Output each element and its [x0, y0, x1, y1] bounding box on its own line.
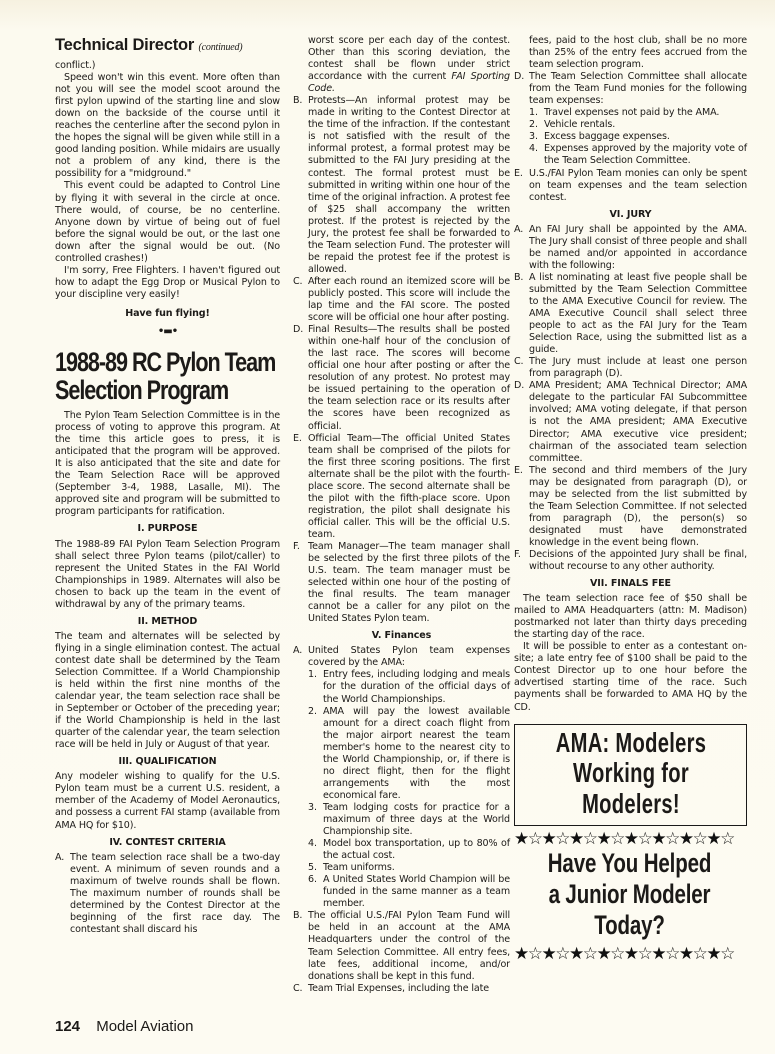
sub-list-item: 6.A United States World Champion will be…	[293, 874, 510, 910]
section-heading-fee: VII. FINALS FEE	[514, 578, 747, 590]
star-border-icon: ★☆★☆★☆★☆★☆★☆★☆★☆	[514, 945, 747, 963]
body-paragraph: The team selection race fee of $50 shall…	[514, 593, 747, 641]
list-item: A.United States Pylon team expenses cove…	[293, 645, 510, 669]
slogan-line: Modelers!	[516, 789, 746, 820]
right-column: fees, paid to the host club, shall be no…	[514, 35, 747, 963]
section-heading-finances: V. Finances	[293, 630, 510, 642]
body-paragraph: conflict.)	[55, 60, 280, 72]
list-item: C.Team Trial Expenses, including the lat…	[293, 983, 510, 995]
body-paragraph: It will be possible to enter as a contes…	[514, 641, 747, 713]
list-item: F.Team Manager—The team manager shall be…	[293, 541, 510, 625]
ama-slogan-box: AMA: Modelers Working for Modelers!	[514, 724, 747, 827]
publication-name: Model Aviation	[96, 1018, 193, 1035]
ad-line: Today?	[514, 910, 746, 941]
page-footer: 124 Model Aviation	[55, 1018, 194, 1035]
divider-ornament-icon: •▬•	[55, 326, 280, 338]
running-head-suffix: (continued)	[199, 42, 243, 53]
list-item: C.The Jury must include at least one per…	[514, 356, 747, 380]
page-number: 124	[55, 1018, 80, 1035]
sub-list-item: 3.Team lodging costs for practice for a …	[293, 802, 510, 838]
list-item: A. The team selection race shall be a tw…	[55, 852, 280, 936]
list-text: The team selection race shall be a two-d…	[70, 852, 280, 936]
list-item: E.Official Team—The official United Stat…	[293, 433, 510, 541]
ad-line: Have You Helped	[514, 848, 746, 879]
sub-list-item: 3.Excess baggage expenses.	[514, 131, 747, 143]
section-heading-purpose: I. PURPOSE	[55, 523, 280, 535]
list-item: B.Protests—An informal protest may be ma…	[293, 95, 510, 276]
body-paragraph: This event could be adapted to Control L…	[55, 180, 280, 264]
section-text-qualification: Any modeler wishing to qualify for the U…	[55, 771, 280, 831]
slogan-line: AMA: Modelers	[516, 728, 746, 759]
list-item: D.Final Results—The results shall be pos…	[293, 324, 510, 432]
list-item: C.After each round an itemized score wil…	[293, 276, 510, 324]
section-heading-jury: VI. JURY	[514, 209, 747, 221]
section-heading-qualification: III. QUALIFICATION	[55, 756, 280, 768]
list-item: B.A list nominating at least five people…	[514, 272, 747, 356]
list-item: D.The Team Selection Committee shall all…	[514, 71, 747, 107]
sub-list-item: 1.Travel expenses not paid by the AMA.	[514, 107, 747, 119]
section-heading-method: II. METHOD	[55, 616, 280, 628]
sub-list-item: 5.Team uniforms.	[293, 862, 510, 874]
section-text-purpose: The 1988-89 FAI Pylon Team Selection Pro…	[55, 539, 280, 611]
list-label: A.	[55, 852, 70, 936]
slogan-line: Working for	[516, 758, 746, 789]
middle-column: worst score per each day of the contest.…	[293, 35, 510, 995]
left-column: Technical Director (continued) conflict.…	[55, 31, 280, 936]
sub-list-item: 4.Model box transportation, up to 80% of…	[293, 838, 510, 862]
list-item: E.U.S./FAI Pylon Team monies can only be…	[514, 168, 747, 204]
list-item: B.The official U.S./FAI Pylon Team Fund …	[293, 910, 510, 982]
list-item: D.AMA President; AMA Technical Director;…	[514, 380, 747, 464]
sub-list-item: 1.Entry fees, including lodging and meal…	[293, 669, 510, 705]
section-heading-criteria: IV. CONTEST CRITERIA	[55, 837, 280, 849]
running-head-title: Technical Director	[55, 36, 194, 54]
sub-list-item: 4.Expenses approved by the majority vote…	[514, 143, 747, 167]
article-title: 1988-89 RC Pylon Team Selection Program	[55, 348, 279, 404]
star-border-icon: ★☆★☆★☆★☆★☆★☆★☆★☆	[514, 830, 747, 848]
body-paragraph: I'm sorry, Free Flighters. I haven't fig…	[55, 265, 280, 301]
sub-list-item: 2.AMA will pay the lowest available amou…	[293, 706, 510, 802]
list-item: E.The second and third members of the Ju…	[514, 465, 747, 549]
magazine-page: Technical Director (continued) conflict.…	[0, 0, 775, 1054]
body-paragraph: Speed won't win this event. More often t…	[55, 72, 280, 180]
section-text-method: The team and alternates will be selected…	[55, 631, 280, 751]
list-item: F.Decisions of the appointed Jury shall …	[514, 549, 747, 573]
ad-line: a Junior Modeler	[514, 879, 746, 910]
list-item: A.An FAI Jury shall be appointed by the …	[514, 224, 747, 272]
closing-line: Have fun flying!	[55, 308, 280, 320]
running-head: Technical Director (continued)	[55, 35, 280, 58]
article-intro: The Pylon Team Selection Committee is in…	[55, 410, 280, 518]
list-item-continued: worst score per each day of the contest.…	[293, 35, 510, 95]
junior-modeler-ad: Have You Helped a Junior Modeler Today?	[514, 848, 746, 941]
list-item-continued: fees, paid to the host club, shall be no…	[514, 35, 747, 71]
sub-list-item: 2.Vehicle rentals.	[514, 119, 747, 131]
